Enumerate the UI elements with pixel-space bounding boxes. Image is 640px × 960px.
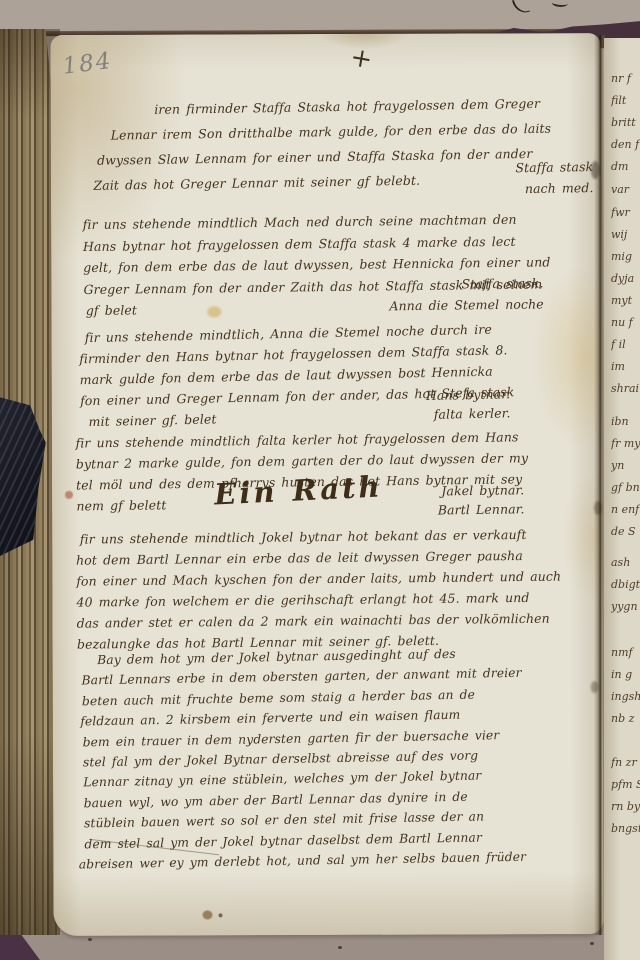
register-entry-2: fir uns stehende mindtlich Mach ned durc… bbox=[83, 208, 590, 322]
ink-flourish-icon bbox=[552, 0, 569, 8]
table-speck bbox=[338, 946, 342, 949]
collation-cross-mark: + bbox=[348, 42, 375, 75]
paper-stain bbox=[202, 910, 212, 919]
manuscript-photo: 184 + iren firminder Staffa Staska hot f… bbox=[0, 0, 640, 960]
paper-stain bbox=[65, 491, 73, 499]
register-entry-6: Bay dem hot ym der Jokel bytnar ausgedin… bbox=[81, 642, 597, 875]
entry-signatures: Hans bytnar.falta kerler. bbox=[426, 384, 511, 424]
manuscript-page: 184 + iren firminder Staffa Staska hot f… bbox=[50, 33, 603, 936]
entry-signatures: Jakel bytnar.Bartl Lennar. bbox=[437, 480, 524, 519]
pencil-folio-number: 184 bbox=[61, 48, 114, 80]
register-entry-1: iren firminder Staffa Staska hot fraygel… bbox=[96, 90, 590, 198]
entry-text: fir uns stehende mindtlich Jokel bytnar … bbox=[76, 523, 589, 654]
entry-text: Bay dem hot ym der Jokel bytnar ausgedin… bbox=[81, 642, 597, 875]
paper-stain bbox=[218, 913, 222, 917]
register-entry-4: fir uns stehende mindtlich falta kerler … bbox=[75, 425, 582, 516]
entry-signatures: Staffa stasknach med. bbox=[515, 156, 593, 199]
register-entry-3: fir uns stehende mindtlich, Anna die Ste… bbox=[79, 317, 587, 433]
table-speck bbox=[88, 938, 92, 941]
table-speck bbox=[590, 942, 594, 945]
facing-page-edge: nr ffiltbrittden fdmvarfwrwijmigdyjamytn… bbox=[604, 38, 640, 960]
ink-flourish-icon bbox=[512, 0, 530, 16]
entry-signatures: Staffa stask.Anna die Stemel noche bbox=[389, 272, 544, 316]
register-entry-5: fir uns stehende mindtlich Jokel bytnar … bbox=[76, 523, 589, 654]
